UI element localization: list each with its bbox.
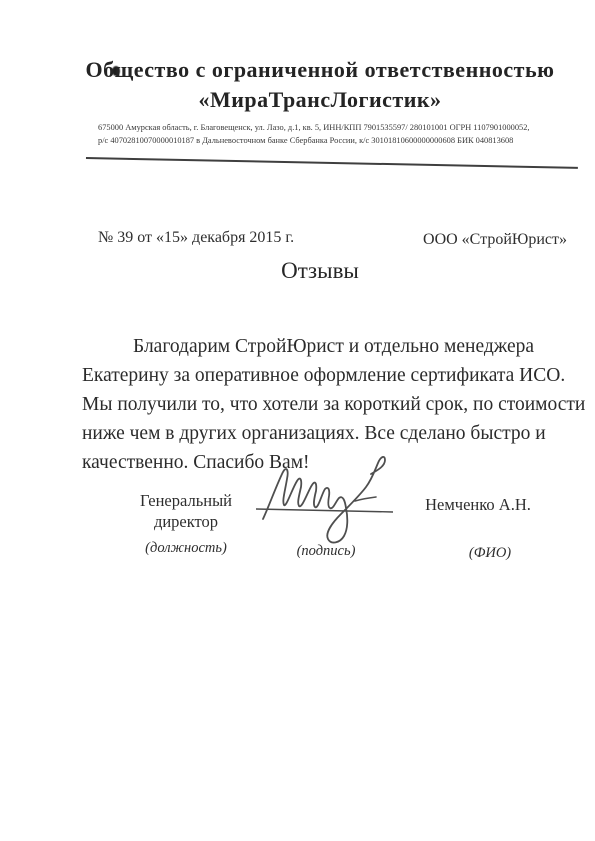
company-name-line2: «МираТрансЛогистик» — [45, 85, 595, 115]
body-line: ниже чем в других организациях. Все сдел… — [82, 419, 587, 448]
body-line: Благодарим СтройЮрист и отдельно менедже… — [133, 332, 587, 361]
body-line: Мы получили то, что хотели за короткий с… — [82, 390, 587, 419]
signee-name: Немченко А.Н. — [415, 495, 541, 515]
company-details-line2: р/с 40702810070000010187 в Дальневосточн… — [98, 134, 578, 147]
company-name: Общество с ограниченной ответственностью… — [45, 55, 595, 115]
handwritten-signature — [240, 450, 410, 550]
company-name-line1: Общество с ограниченной ответственностью — [45, 55, 595, 85]
signature-stroke — [263, 457, 385, 543]
body-line: Екатерину за оперативное оформление серт… — [82, 361, 587, 390]
company-details: 675000 Амурская область, г. Благовещенск… — [98, 121, 578, 147]
doc-number-date: № 39 от «15» декабря 2015 г. — [98, 228, 294, 248]
company-details-line1: 675000 Амурская область, г. Благовещенск… — [98, 121, 578, 134]
scanned-letter-page: Общество с ограниченной ответственностью… — [0, 0, 595, 841]
signature-caption: (подпись) — [270, 543, 382, 560]
doc-recipient: ООО «СтройЮрист» — [400, 230, 567, 250]
position-caption: (должность) — [128, 540, 244, 557]
header-divider — [86, 157, 578, 169]
signature-line — [256, 509, 393, 512]
signee-position-title: Генеральный директор — [128, 490, 244, 532]
name-caption: (ФИО) — [440, 545, 540, 562]
signature-dash — [355, 497, 376, 501]
doc-title: Отзывы — [45, 256, 595, 286]
